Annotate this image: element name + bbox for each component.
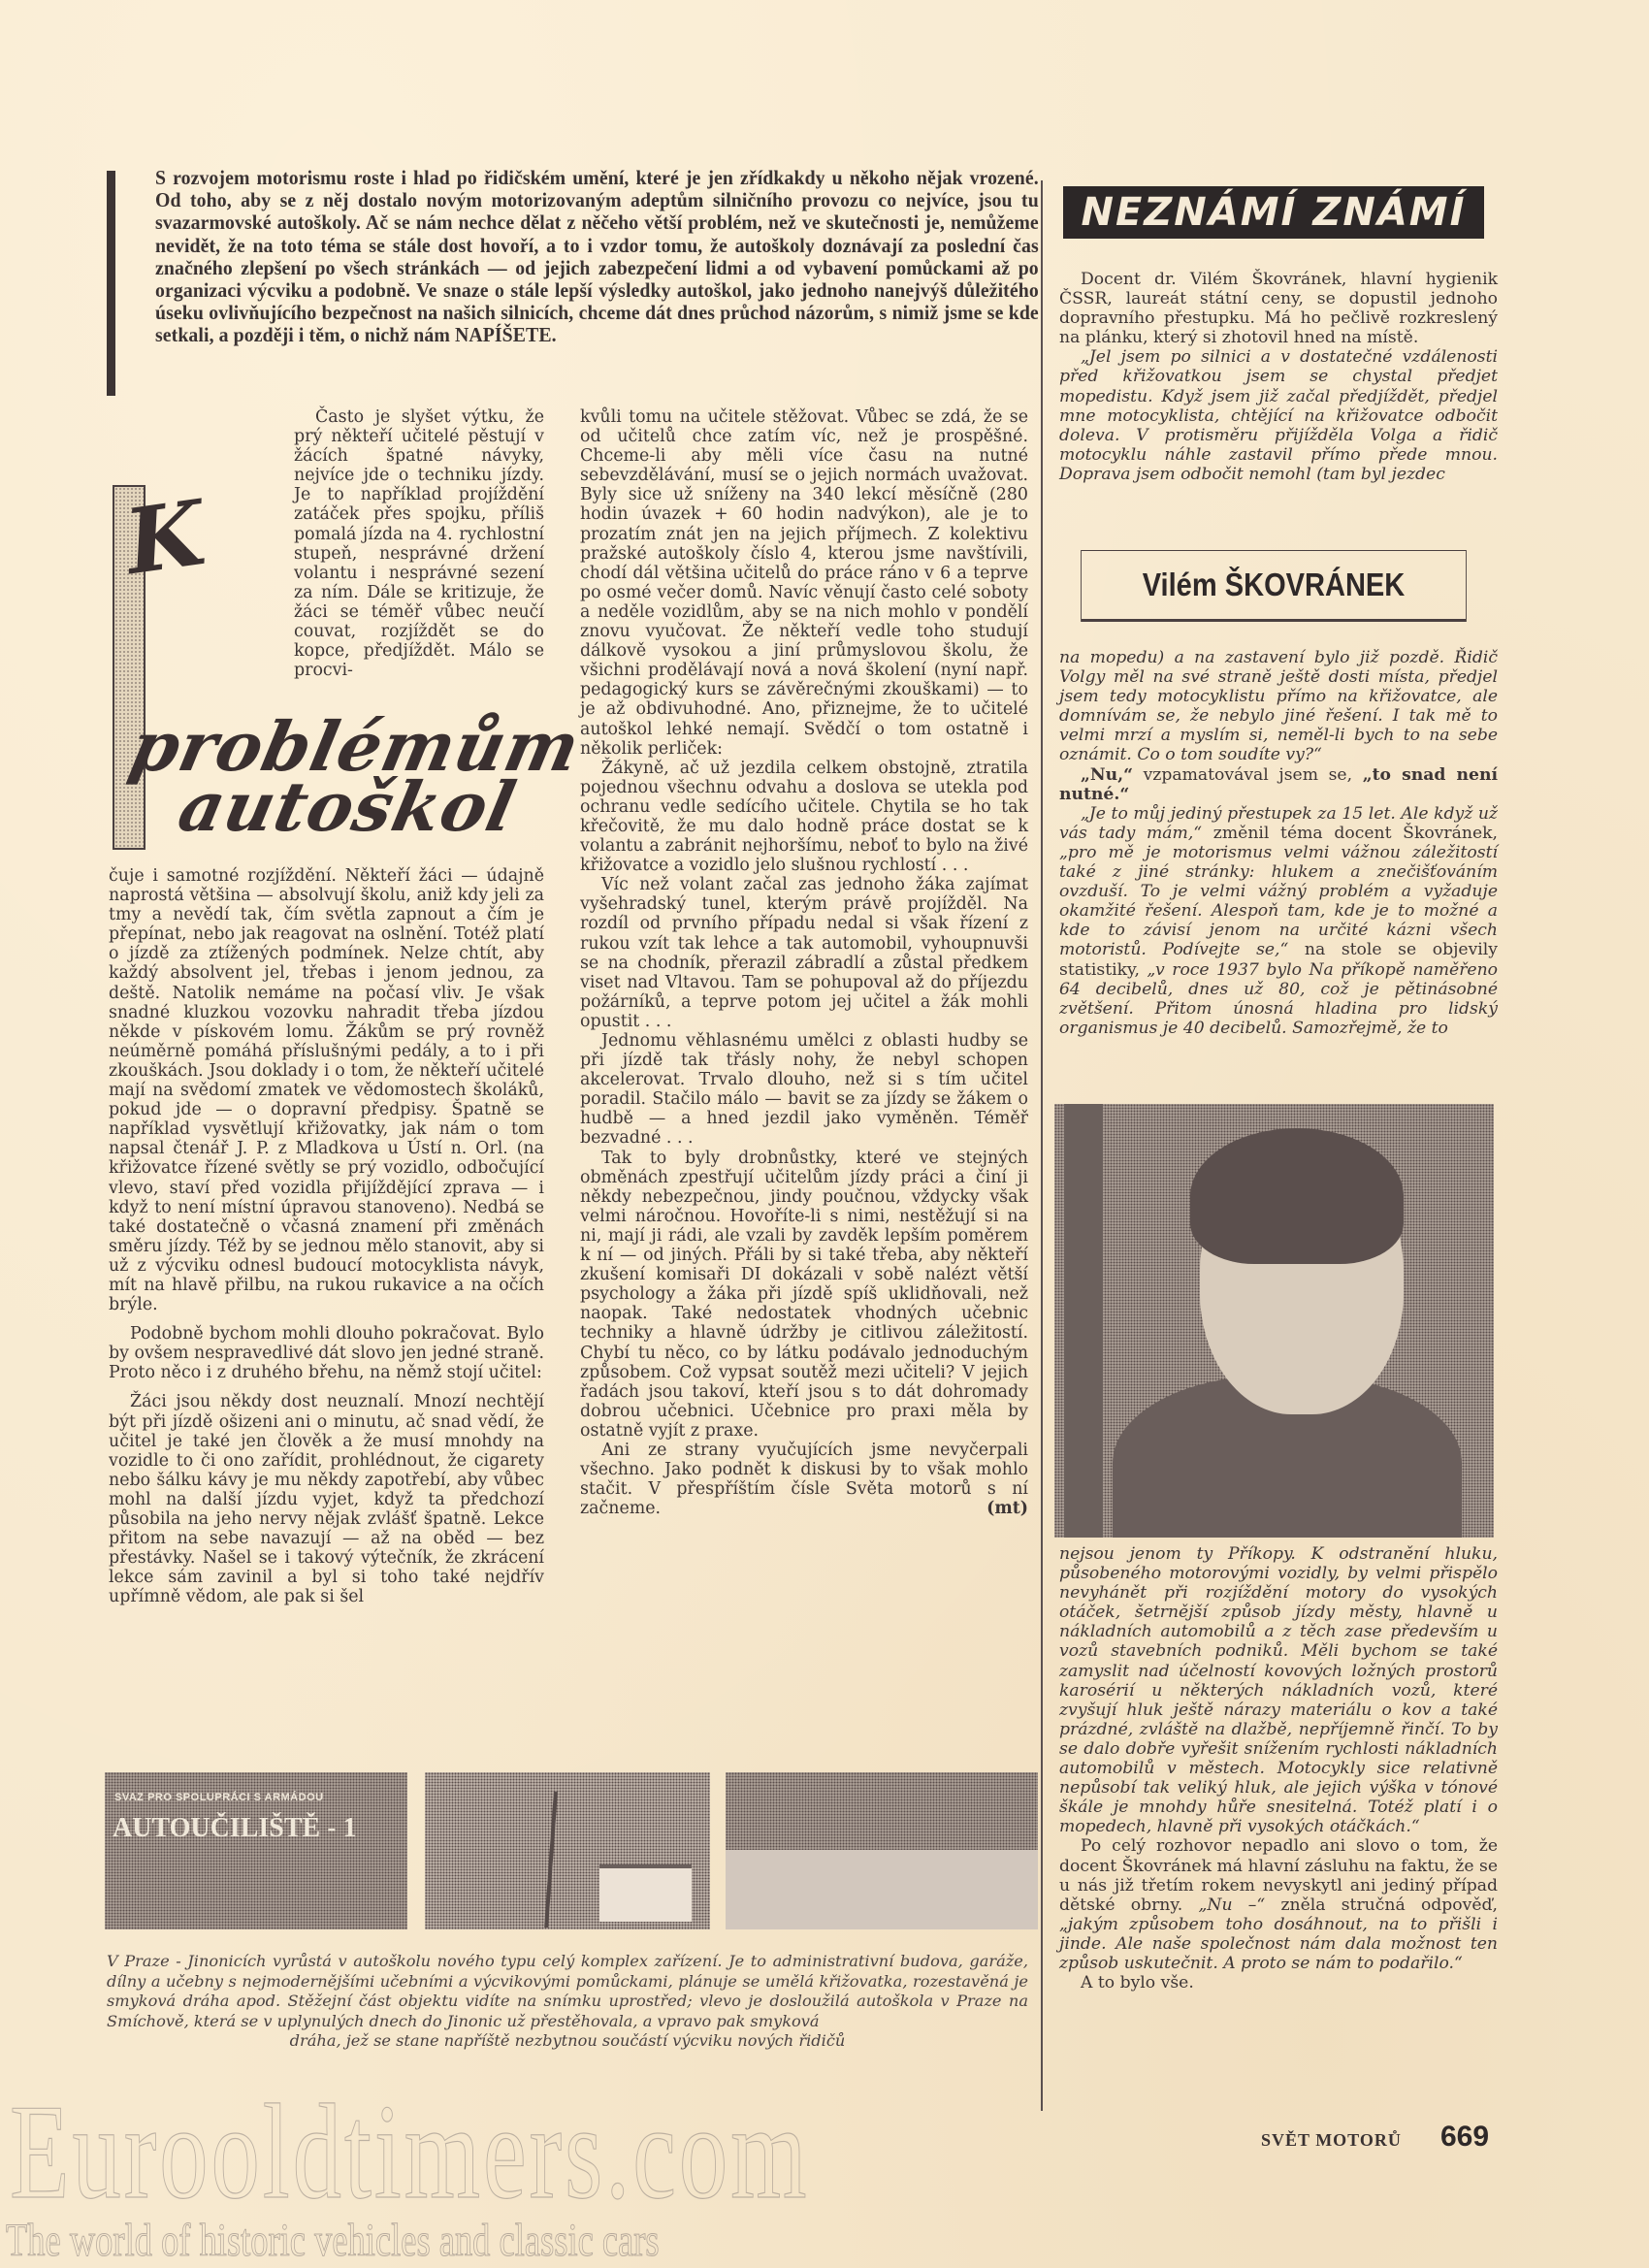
- paragraph: Podobně bychom mohli dlouho pokračovat. …: [109, 1324, 544, 1382]
- sidebar-column-top: Docent dr. Vilém Škovránek, hlavní hygie…: [1059, 270, 1498, 484]
- column-divider: [1041, 180, 1043, 2111]
- sign-text-large: AUTOUČILIŠTĚ - 1: [113, 1813, 357, 1844]
- publication-name: SVĚT MOTORŮ: [1261, 2130, 1402, 2151]
- page-number: 669: [1440, 2121, 1489, 2154]
- quote: „jakým způsobem toho dosáhnout, na to př…: [1059, 1915, 1498, 1973]
- article-intro: S rozvojem motorismu roste i hlad po řid…: [155, 167, 1039, 347]
- paragraph: „Je to můj jediný přestupek za 15 let. A…: [1059, 804, 1498, 1038]
- intro-side-bar: [107, 171, 115, 396]
- paragraph-quote: nejsou jenom ty Příkopy. K odstranění hl…: [1059, 1544, 1498, 1836]
- paragraph: Po celý rozhovor nepadlo ani slovo o tom…: [1059, 1836, 1498, 1973]
- article-column-1: čuje i samotné rozjíždění. Někteří žáci …: [109, 866, 544, 1606]
- photo-building: [599, 1864, 692, 1922]
- paragraph: Víc než volant začal zas jednoho žáka za…: [580, 875, 1028, 1031]
- text: zněla stručná odpověď,: [1265, 1895, 1498, 1915]
- paragraph: Jednomu věhlasnému umělci z oblasti hudb…: [580, 1031, 1028, 1149]
- paragraph: Často je slyšet výtku, že prý někteří uč…: [294, 407, 544, 680]
- paragraph: A to bylo vše.: [1059, 1973, 1498, 1993]
- caption-last-line: dráha, jež se stane napříště nezbytnou s…: [107, 2031, 1028, 2052]
- rubric-title: NEZNÁMÍ ZNÁMÍ: [1063, 186, 1484, 239]
- paragraph: Žáci jsou někdy dost neuznalí. Mnozí nec…: [109, 1392, 544, 1606]
- article-column-1-top: Často je slyšet výtku, že prý někteří uč…: [294, 407, 544, 680]
- photo-track-surface: [726, 1850, 1038, 1929]
- headline-k: K: [119, 480, 211, 595]
- paragraph-text: Ani ze strany vyučujících jsme nevyčerpa…: [580, 1441, 1028, 1518]
- quote: „Nu –“: [1199, 1895, 1266, 1915]
- paragraph: Tak to byly drobnůstky, které ve stejnýc…: [580, 1149, 1028, 1441]
- text: změnil téma docent Škovránek,: [1202, 824, 1498, 843]
- author-signature: (mt): [965, 1499, 1028, 1518]
- caption-text: V Praze - Jinonicích vyrůstá v autoškolu…: [107, 1952, 1028, 2030]
- interviewee-name-box: Vilém ŠKOVRÁNEK: [1081, 550, 1467, 622]
- photo-old-driving-school: SVAZ PRO SPOLUPRÁCI S ARMÁDOU AUTOUČILIŠ…: [105, 1772, 407, 1929]
- paragraph: kvůli tomu na učitele stěžovat. Vůbec se…: [580, 407, 1028, 759]
- paragraph: čuje i samotné rozjíždění. Někteří žáci …: [109, 866, 544, 1314]
- text: vzpamatovával jsem se,: [1133, 765, 1363, 785]
- photo-new-complex: [425, 1772, 710, 1929]
- paragraph: Ani ze strany vyučujících jsme nevyčerpa…: [580, 1441, 1028, 1518]
- sign-text-small: SVAZ PRO SPOLUPRÁCI S ARMÁDOU: [114, 1792, 324, 1803]
- paragraph: Žákyně, ač už jezdila celkem obstojně, z…: [580, 759, 1028, 876]
- headline-line-2: autoškol: [172, 766, 523, 847]
- photo-hair: [1190, 1128, 1404, 1264]
- photo-skid-track: [726, 1772, 1038, 1929]
- sidebar-column-bottom: nejsou jenom ty Příkopy. K odstranění hl…: [1059, 1544, 1498, 1993]
- bold-quote: „Nu,“: [1081, 765, 1133, 785]
- paragraph: „Nu,“ vzpamatovával jsem se, „to snad ne…: [1059, 765, 1498, 804]
- photo-utility-pole: [544, 1792, 558, 1928]
- article-column-2: kvůli tomu na učitele stěžovat. Vůbec se…: [580, 407, 1028, 1518]
- photo-caption: V Praze - Jinonicích vyrůstá v autoškolu…: [107, 1952, 1028, 2052]
- paragraph-quote: na mopedu) a na zastavení bylo již pozdě…: [1059, 648, 1498, 765]
- paragraph-quote: „Jel jsem po silnici a v dostatečné vzdá…: [1059, 347, 1498, 484]
- sidebar-column-middle: na mopedu) a na zastavení bylo již pozdě…: [1059, 648, 1498, 1038]
- paragraph: Docent dr. Vilém Škovránek, hlavní hygie…: [1059, 270, 1498, 347]
- watermark-tagline: The world of historic vehicles and class…: [6, 2214, 660, 2267]
- photo-background-strip: [1064, 1104, 1103, 1538]
- watermark-site: Eurooldtimers.com: [10, 2074, 809, 2230]
- portrait-photo: [1054, 1104, 1494, 1538]
